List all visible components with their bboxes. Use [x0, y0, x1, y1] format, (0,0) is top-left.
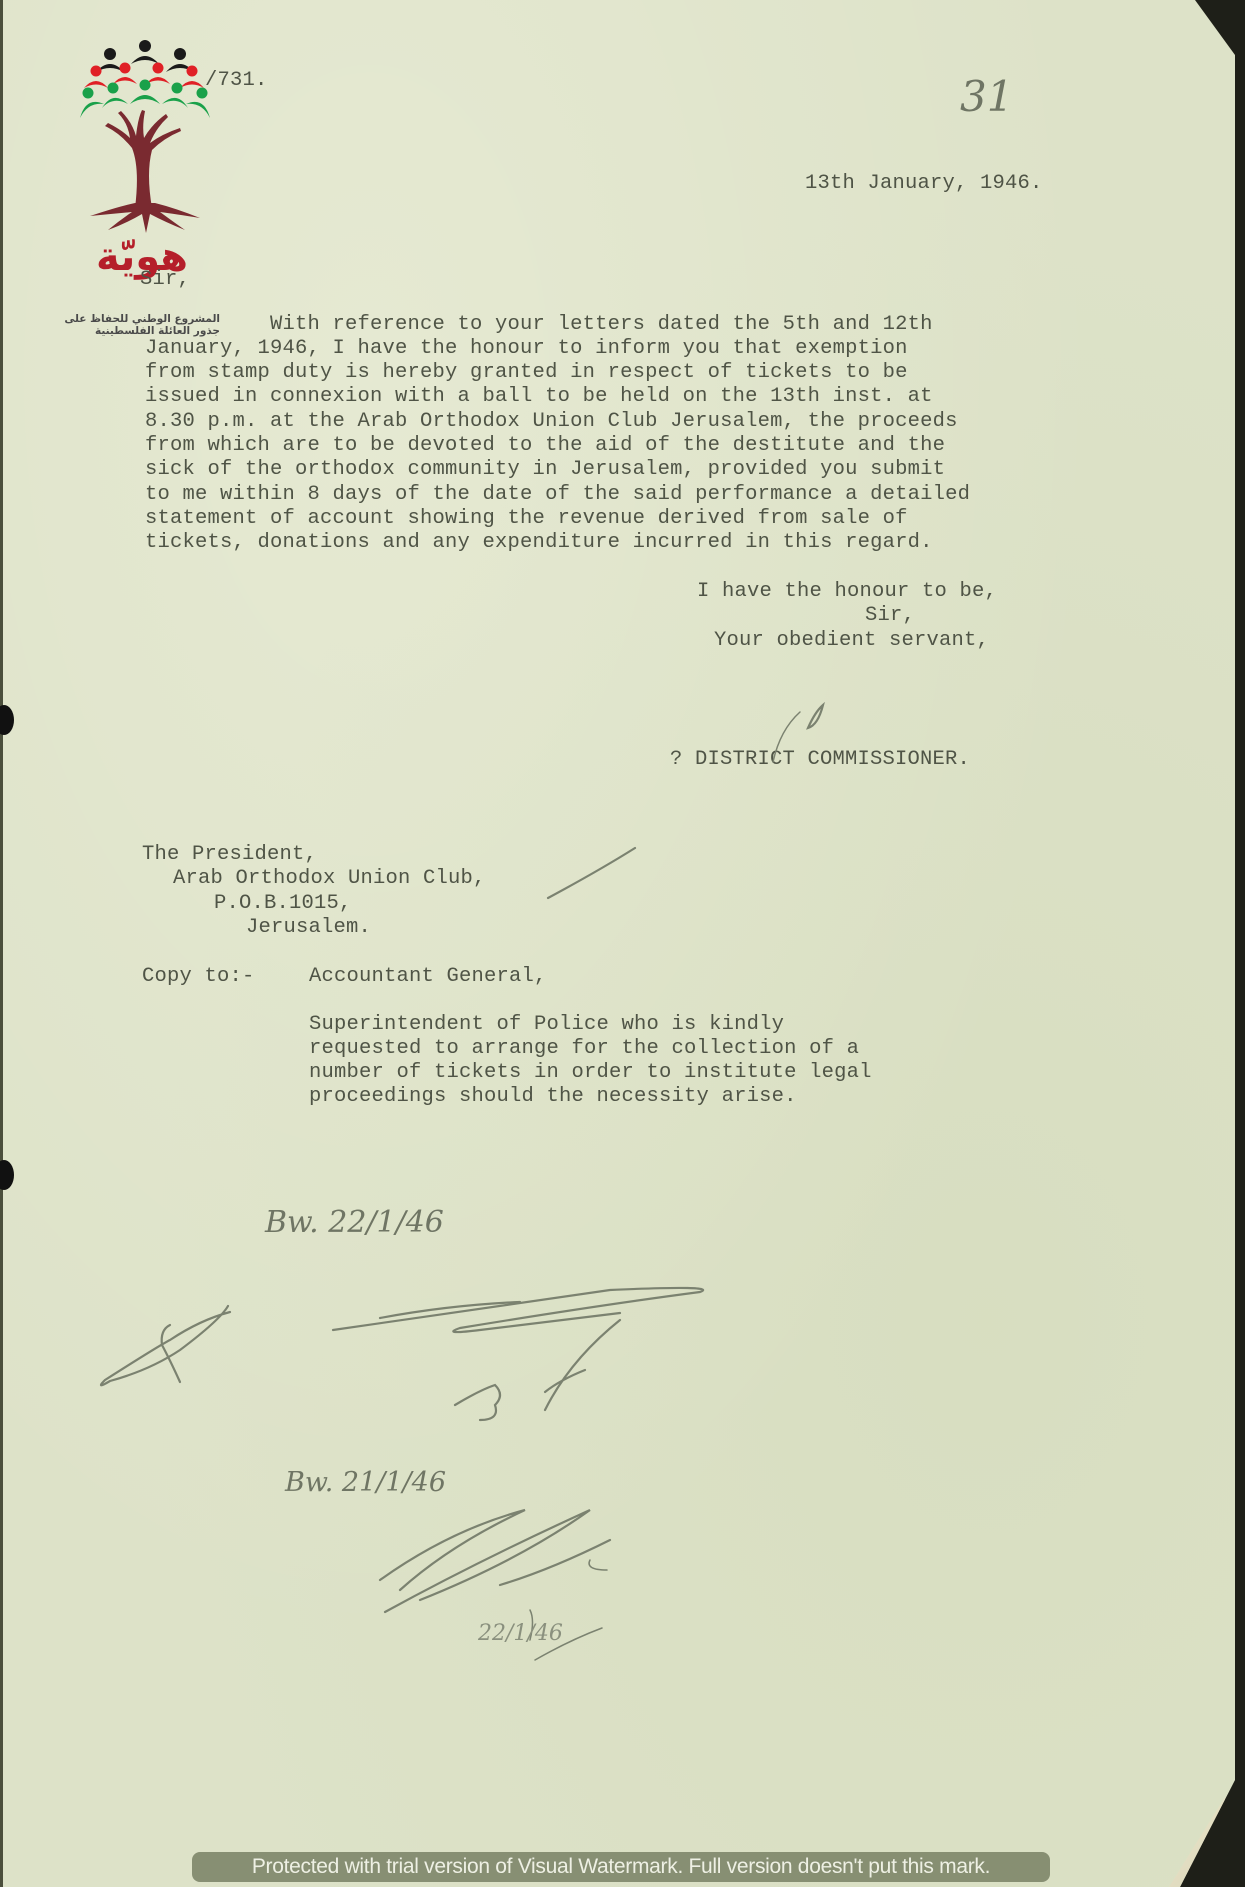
- svg-text:22/1/46: 22/1/46: [477, 1621, 563, 1646]
- pencil-signatures: 22/1/46: [0, 0, 1235, 1887]
- watermark-banner: Protected with trial version of Visual W…: [192, 1852, 1050, 1882]
- letter-page: هويّة المشروع الوطني للحفاظ على جذور الع…: [0, 0, 1235, 1887]
